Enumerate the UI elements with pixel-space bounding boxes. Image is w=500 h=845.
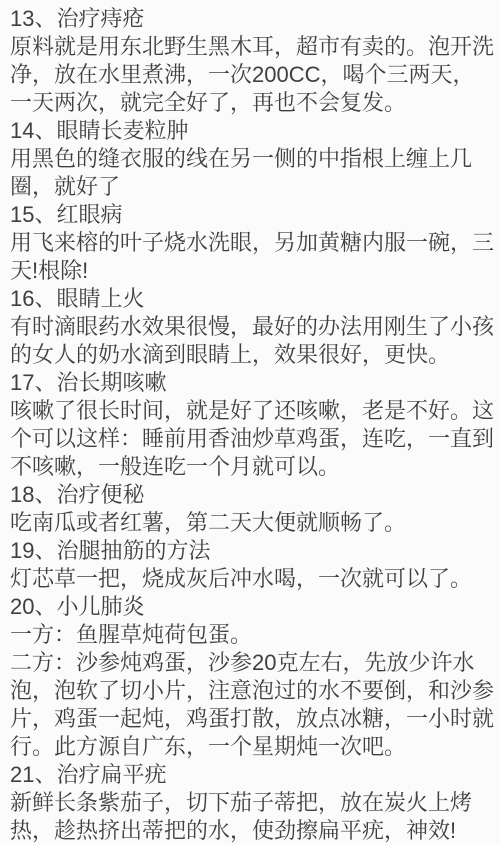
remedy-body: 用飞来榕的叶子烧水洗眼，另加黄糖内服一碗，三天!根除! — [10, 229, 496, 285]
remedy-title: 19、治腿抽筋的方法 — [10, 537, 496, 565]
remedy-body: 用黑色的缝衣服的线在另一侧的中指根上缠上几圈，就好了 — [10, 145, 496, 201]
list-item: 14、眼睛长麦粒肿 用黑色的缝衣服的线在另一侧的中指根上缠上几圈，就好了 — [10, 117, 496, 201]
list-item: 21、治疗扁平疣 新鲜长条紫茄子，切下茄子蒂把，放在炭火上烤热，趁热挤出蒂把的水… — [10, 761, 496, 845]
remedy-body: 新鲜长条紫茄子，切下茄子蒂把，放在炭火上烤热，趁热挤出蒂把的水，使劲擦扁平疣，神… — [10, 789, 496, 845]
remedy-title: 16、眼睛上火 — [10, 285, 496, 313]
list-item: 16、眼睛上火 有时滴眼药水效果很慢，最好的办法用刚生了小孩的女人的奶水滴到眼睛… — [10, 285, 496, 369]
remedy-body: 一方：鱼腥草炖荷包蛋。 — [10, 621, 496, 649]
list-item: 13、治疗痔疮 原料就是用东北野生黑木耳，超市有卖的。泡开洗净，放在水里煮沸，一… — [10, 5, 496, 117]
remedy-list: 13、治疗痔疮 原料就是用东北野生黑木耳，超市有卖的。泡开洗净，放在水里煮沸，一… — [10, 5, 496, 845]
remedy-title: 21、治疗扁平疣 — [10, 761, 496, 789]
list-item: 20、小儿肺炎 一方：鱼腥草炖荷包蛋。二方：沙参炖鸡蛋，沙参20克左右，先放少许… — [10, 593, 496, 761]
remedy-title: 14、眼睛长麦粒肿 — [10, 117, 496, 145]
remedy-body: 咳嗽了很长时间，就是好了还咳嗽，老是不好。这个可以这样：睡前用香油炒草鸡蛋，连吃… — [10, 397, 496, 481]
list-item: 18、治疗便秘 吃南瓜或者红薯，第二天大便就顺畅了。 — [10, 481, 496, 537]
remedy-body: 灯芯草一把，烧成灰后冲水喝，一次就可以了。 — [10, 565, 496, 593]
remedy-title: 17、治长期咳嗽 — [10, 369, 496, 397]
list-item: 15、红眼病 用飞来榕的叶子烧水洗眼，另加黄糖内服一碗，三天!根除! — [10, 201, 496, 285]
list-item: 19、治腿抽筋的方法 灯芯草一把，烧成灰后冲水喝，一次就可以了。 — [10, 537, 496, 593]
remedy-title: 20、小儿肺炎 — [10, 593, 496, 621]
remedy-document: 13、治疗痔疮 原料就是用东北野生黑木耳，超市有卖的。泡开洗净，放在水里煮沸，一… — [0, 0, 500, 845]
remedy-title: 15、红眼病 — [10, 201, 496, 229]
list-item: 17、治长期咳嗽 咳嗽了很长时间，就是好了还咳嗽，老是不好。这个可以这样：睡前用… — [10, 369, 496, 481]
remedy-body: 有时滴眼药水效果很慢，最好的办法用刚生了小孩的女人的奶水滴到眼睛上，效果很好，更… — [10, 313, 496, 369]
remedy-title: 13、治疗痔疮 — [10, 5, 496, 33]
remedy-body: 原料就是用东北野生黑木耳，超市有卖的。泡开洗净，放在水里煮沸，一次200CC，喝… — [10, 33, 496, 117]
remedy-title: 18、治疗便秘 — [10, 481, 496, 509]
remedy-body: 二方：沙参炖鸡蛋，沙参20克左右，先放少许水泡，泡软了切小片，注意泡过的水不要倒… — [10, 649, 496, 761]
remedy-body: 吃南瓜或者红薯，第二天大便就顺畅了。 — [10, 509, 496, 537]
